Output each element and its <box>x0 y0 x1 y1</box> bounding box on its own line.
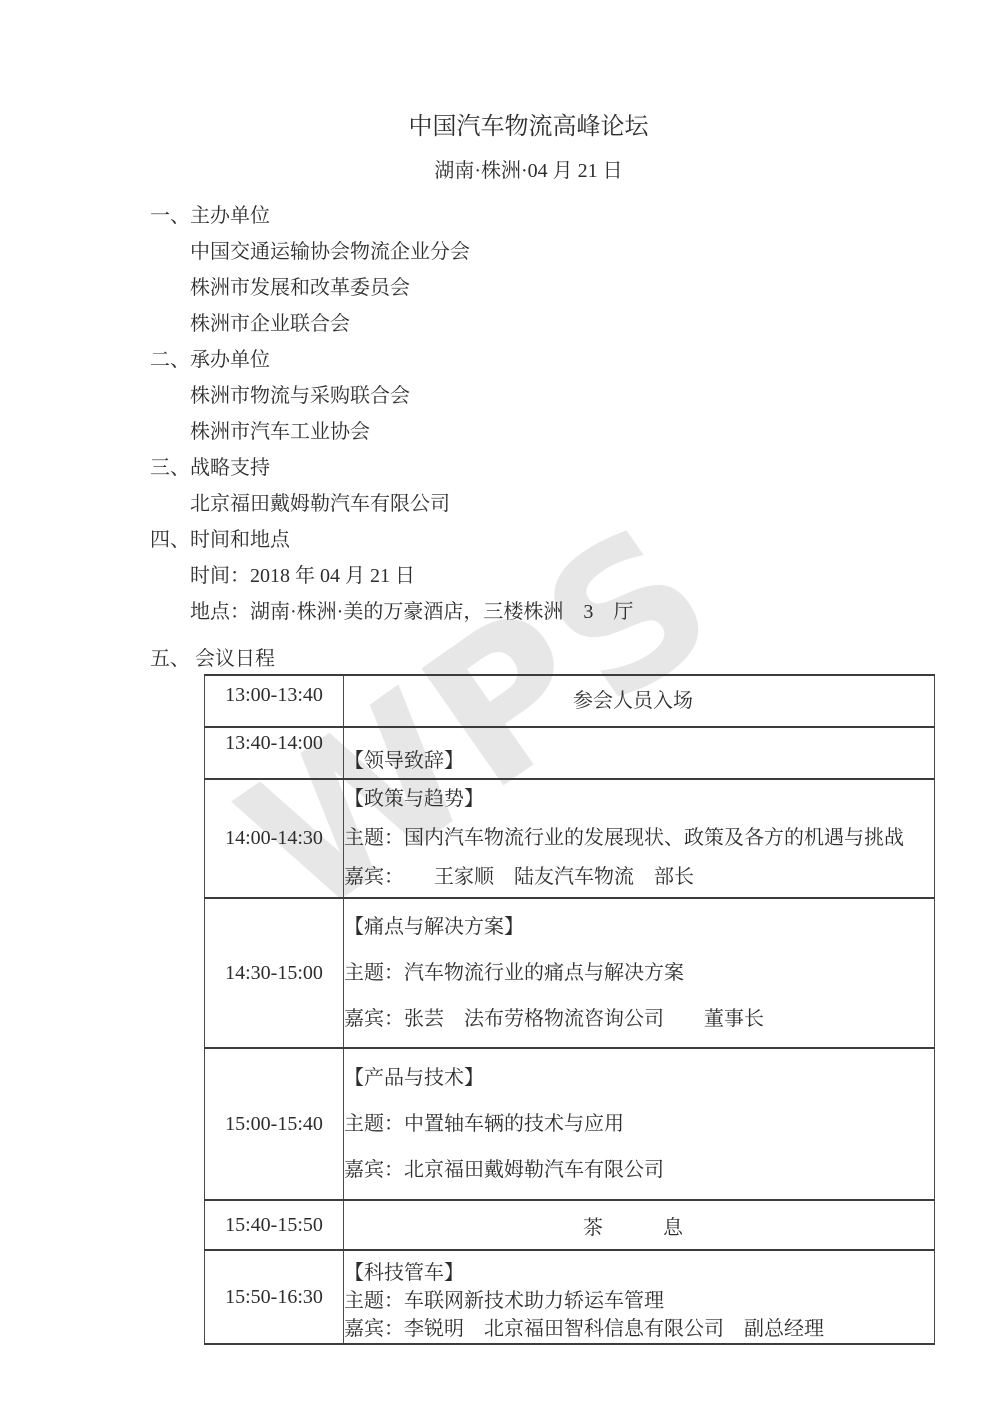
section-item: 地点：湖南·株洲·美的万豪酒店，三楼株洲 3 厅 <box>150 594 951 630</box>
doc-subtitle: 湖南·株洲·04 月 21 日 <box>136 156 921 186</box>
session-line: 嘉宾：李锐明 北京福田智科信息有限公司 副总经理 <box>344 1315 934 1343</box>
schedule-row: 15:50-16:30 【科技管车】 主题：车联网新技术助力轿运车管理 嘉宾：李… <box>205 1250 935 1344</box>
doc-title: 中国汽车物流高峰论坛 <box>136 110 921 144</box>
time-cell: 15:50-16:30 <box>205 1250 344 1344</box>
time-cell: 14:00-14:30 <box>205 779 344 898</box>
session-cell: 【产品与技术】 主题：中置轴车辆的技术与应用 嘉宾：北京福田戴姆勒汽车有限公司 <box>344 1048 935 1200</box>
time-cell: 14:30-15:00 <box>205 898 344 1048</box>
time-cell: 15:40-15:50 <box>205 1200 344 1250</box>
section-heading-2: 二、承办单位 <box>150 342 951 378</box>
schedule-row: 13:00-13:40 参会人员入场 <box>205 675 935 727</box>
session-line: 【痛点与解决方案】 <box>344 904 934 950</box>
section-heading-4: 四、时间和地点 <box>150 522 951 558</box>
schedule-row: 14:30-15:00 【痛点与解决方案】 主题：汽车物流行业的痛点与解决方案 … <box>205 898 935 1048</box>
time-cell: 13:00-13:40 <box>205 675 344 727</box>
session-cell: 【领导致辞】 <box>344 727 935 779</box>
section-item: 北京福田戴姆勒汽车有限公司 <box>150 486 951 522</box>
info-list: 一、主办单位 中国交通运输协会物流企业分会 株洲市发展和改革委员会 株洲市企业联… <box>150 198 951 630</box>
session-cell: 参会人员入场 <box>344 675 935 727</box>
time-cell: 15:00-15:40 <box>205 1048 344 1200</box>
session-cell: 茶 息 <box>344 1200 935 1250</box>
session-line: 嘉宾：张芸 法布劳格物流咨询公司 董事长 <box>344 996 934 1042</box>
section-heading-3: 三、战略支持 <box>150 450 951 486</box>
schedule-row: 14:00-14:30 【政策与趋势】 主题：国内汽车物流行业的发展现状、政策及… <box>205 779 935 898</box>
session-line: 【领导致辞】 <box>344 734 934 773</box>
session-cell: 【政策与趋势】 主题：国内汽车物流行业的发展现状、政策及各方的机遇与挑战 嘉宾：… <box>344 779 935 898</box>
session-line: 主题：汽车物流行业的痛点与解决方案 <box>344 950 934 996</box>
session-line: 嘉宾：北京福田戴姆勒汽车有限公司 <box>344 1147 934 1193</box>
session-cell: 【科技管车】 主题：车联网新技术助力轿运车管理 嘉宾：李锐明 北京福田智科信息有… <box>344 1250 935 1344</box>
document-content: 中国汽车物流高峰论坛 湖南·株洲·04 月 21 日 一、主办单位 中国交通运输… <box>0 110 991 1345</box>
session-line: 茶 息 <box>344 1211 934 1240</box>
session-line: 【产品与技术】 <box>344 1055 934 1101</box>
schedule-row: 15:00-15:40 【产品与技术】 主题：中置轴车辆的技术与应用 嘉宾：北京… <box>205 1048 935 1200</box>
section-item: 株洲市物流与采购联合会 <box>150 378 951 414</box>
session-line: 【政策与趋势】 <box>344 780 934 819</box>
session-line: 【科技管车】 <box>344 1259 934 1287</box>
session-line: 嘉宾： 王家顺 陆友汽车物流 部长 <box>344 858 934 897</box>
document-page: WPS 中国汽车物流高峰论坛 湖南·株洲·04 月 21 日 一、主办单位 中国… <box>0 0 991 1401</box>
section-item: 株洲市汽车工业协会 <box>150 414 951 450</box>
session-line: 主题：国内汽车物流行业的发展现状、政策及各方的机遇与挑战 <box>344 819 934 858</box>
section-item: 中国交通运输协会物流企业分会 <box>150 234 951 270</box>
section-item: 株洲市发展和改革委员会 <box>150 270 951 306</box>
session-line: 主题：中置轴车辆的技术与应用 <box>344 1101 934 1147</box>
section-heading-5: 五、 会议日程 <box>150 644 991 674</box>
schedule-row: 13:40-14:00 【领导致辞】 <box>205 727 935 779</box>
session-line: 主题：车联网新技术助力轿运车管理 <box>344 1287 934 1315</box>
section-heading-1: 一、主办单位 <box>150 198 951 234</box>
session-cell: 【痛点与解决方案】 主题：汽车物流行业的痛点与解决方案 嘉宾：张芸 法布劳格物流… <box>344 898 935 1048</box>
section-item: 时间：2018 年 04 月 21 日 <box>150 558 951 594</box>
section-item: 株洲市企业联合会 <box>150 306 951 342</box>
time-cell: 13:40-14:00 <box>205 727 344 779</box>
schedule-table: 13:00-13:40 参会人员入场 13:40-14:00 【领导致辞】 14… <box>204 674 935 1345</box>
schedule-row: 15:40-15:50 茶 息 <box>205 1200 935 1250</box>
session-line: 参会人员入场 <box>344 684 934 713</box>
